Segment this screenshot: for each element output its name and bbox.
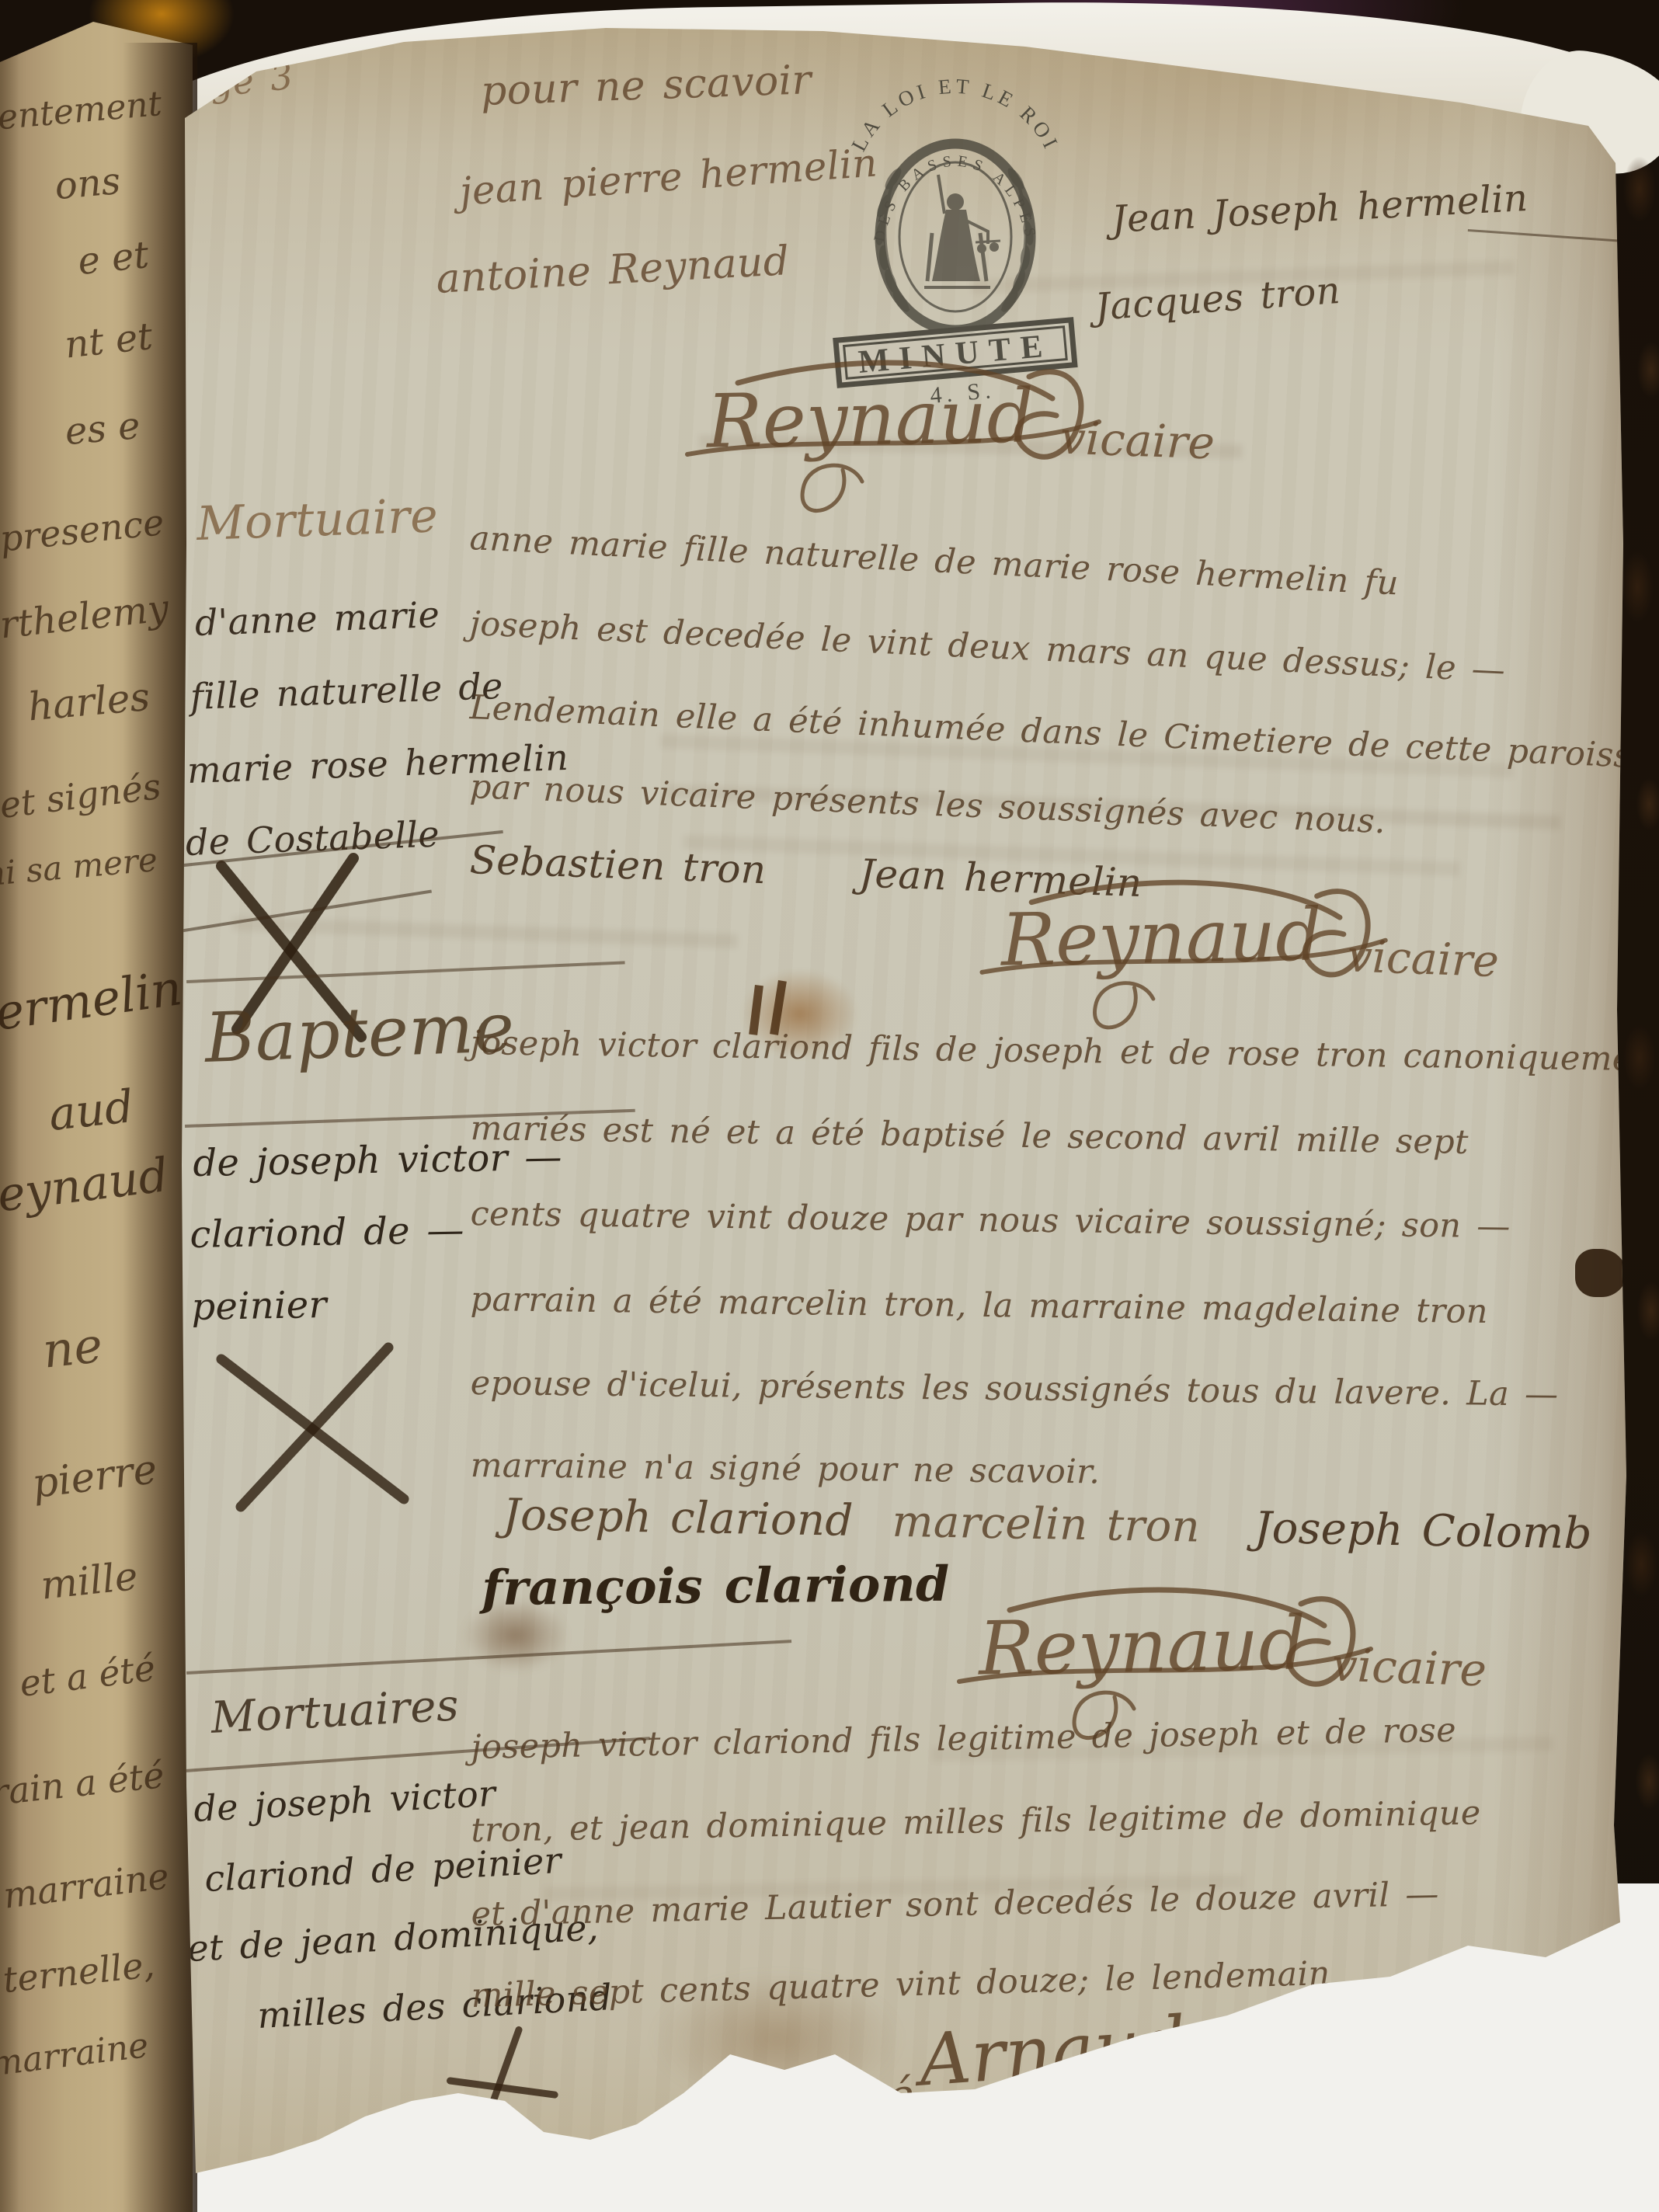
margin-title: Bapteme — [203, 987, 516, 1078]
top-note-line: antoine Reynaud — [435, 238, 791, 303]
vicar-signature-title: vicaire — [1059, 412, 1216, 470]
margin-note-line: fille naturelle de — [190, 665, 503, 718]
vicar-signature-name: Reynaud — [978, 1601, 1306, 1692]
cross-mark-icon — [210, 1332, 427, 1518]
top-right-name: Jean Joseph hermelin — [1111, 176, 1529, 242]
record-body-line: mille sept cents quatre vint douze; le l… — [471, 1954, 1330, 2015]
record-body-line: epouse d'icelui, présents les soussignés… — [470, 1364, 1558, 1414]
margin-title: Mortuaires — [210, 1680, 460, 1744]
margin-note-line: clariond de — — [190, 1209, 464, 1257]
register-page: page 3 pour ne scavoir jean pierre herme… — [0, 0, 1659, 2212]
pen-stroke — [1468, 229, 1659, 245]
record-body-line: cents quatre vint douze par nous vicaire… — [470, 1195, 1510, 1246]
witness-signature: Joseph Colomb — [1254, 1503, 1592, 1560]
witness-signature: marcelin tron — [892, 1497, 1200, 1553]
witness-signature: Sebastien tron — [469, 837, 767, 892]
vicar-signature: Reynaud vicaire — [664, 353, 1441, 540]
margin-note-line: d'anne marie — [194, 593, 440, 644]
record-body-line: marraine n'a signé pour ne scavoir. — [470, 1446, 1100, 1491]
ink-blot — [1575, 1249, 1626, 1297]
justice-figure-icon — [924, 175, 1000, 287]
manuscript-photo: entement ons e et nt et es e presence rt… — [0, 0, 1659, 2212]
margin-note-line: peinier — [191, 1283, 327, 1329]
left-page-fragment: ne — [40, 1316, 106, 1379]
vicar-signature-title: vicaire — [1347, 930, 1500, 986]
record-body-line: joseph est decedée le vint deux mars an … — [469, 604, 1506, 690]
left-page-fragment: ons — [53, 159, 122, 208]
margin-title: Mortuaire — [196, 489, 439, 551]
witness-signature: françois clariond — [482, 1556, 950, 1616]
record-body-line: Lendemain elle a été inhumée dans le Cim… — [469, 688, 1652, 777]
witness-signature: Joseph clariond — [503, 1490, 854, 1546]
record-body-line: par nous vicaire présents les soussignés… — [469, 767, 1386, 841]
vicar-signature-name: Reynaud — [706, 374, 1035, 464]
vicar-signature-name: Reynaud — [1000, 893, 1323, 983]
vicar-signature-title: vicaire — [1331, 1639, 1487, 1697]
vicar-signature: Reynaud vicaire — [959, 873, 1659, 1056]
record-body-line: parrain a été marcelin tron, la marraine… — [470, 1280, 1488, 1331]
witness-signatures: Joseph clariondmarcelin tronJoseph Colom… — [503, 1490, 1592, 1559]
record-body-line: mariés est né et a été baptisé le second… — [470, 1109, 1469, 1162]
top-note-line: pour ne scavoir — [480, 57, 812, 115]
record-body-line: tron, et jean dominique milles fils legi… — [471, 1793, 1481, 1850]
margin-note-line: de joseph victor — [193, 1772, 496, 1830]
